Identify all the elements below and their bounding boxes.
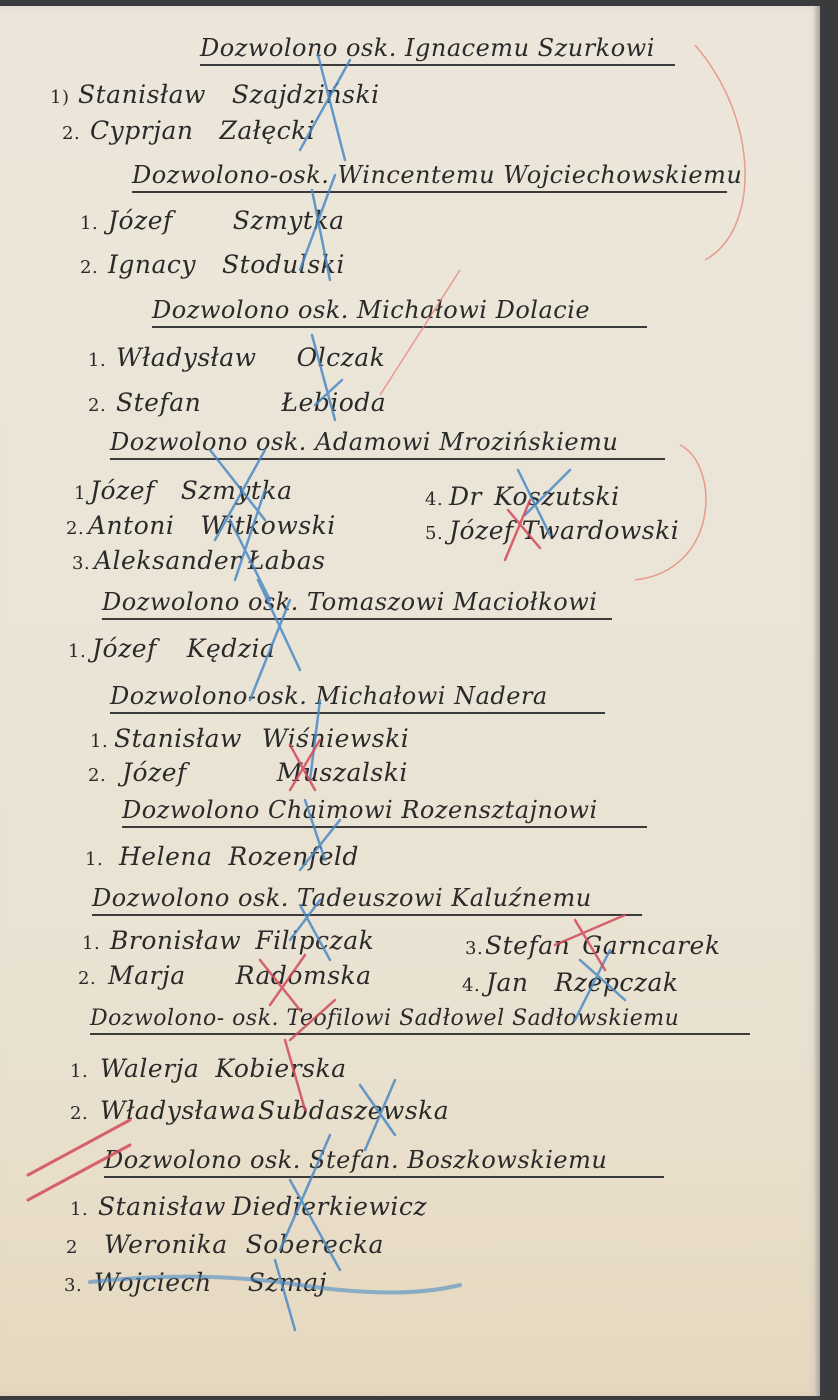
first-name: Stanisław [114, 724, 242, 753]
first-name: Władysław [116, 343, 257, 372]
section-heading: Dozwolono-osk. Michałowi Nadera [110, 682, 605, 714]
entry-number: 2. [88, 765, 122, 786]
first-name: Stanisław [98, 1192, 226, 1221]
first-name: Stefan [116, 388, 201, 417]
first-name: Ignacy [108, 250, 196, 279]
list-item: 1.JózefKędzia [68, 634, 275, 663]
entry-number: 1) [50, 87, 78, 108]
first-name: Stanisław [78, 80, 206, 109]
first-name: Józef [122, 758, 187, 787]
list-item: 1.WalerjaKobierska [70, 1054, 347, 1083]
list-item: 3.StefanGarncarek [465, 931, 720, 960]
first-name: Aleksander [94, 546, 242, 575]
list-item: 1.JózefSzmytka [80, 206, 345, 235]
list-item: 1.StanisławDiedierkiewicz [70, 1192, 427, 1221]
entry-number: 5. [425, 523, 449, 544]
list-item: 2.IgnacyStodulski [80, 250, 345, 279]
list-item: 2.MarjaRadomska [78, 961, 372, 990]
entry-number: 2. [70, 1103, 100, 1124]
last-name: Garncarek [582, 931, 720, 960]
last-name: Łabas [248, 546, 326, 575]
list-item: 5.JózefTwardowski [425, 516, 679, 545]
entry-number: 3. [64, 1275, 94, 1296]
last-name: Rozenfeld [228, 842, 359, 871]
first-name: Walerja [100, 1054, 199, 1083]
entry-number: 1. [80, 213, 108, 234]
entry-number: 2. [66, 518, 88, 539]
last-name: Kędzia [187, 634, 276, 663]
last-name: Łebioda [281, 388, 386, 417]
first-name: Cyprjan [90, 116, 193, 145]
entry-number: 2. [80, 257, 108, 278]
first-name: Helena [119, 842, 212, 871]
first-name: Stefan [485, 931, 570, 960]
first-name: Jan [486, 968, 529, 997]
list-item: 1JózefSzmytka [74, 476, 293, 505]
entry-number: 4. [462, 975, 486, 996]
entry-number: 1. [90, 731, 114, 752]
first-name: Józef [108, 206, 173, 235]
section-heading: Dozwolono osk. Tadeuszowi Kaluźnemu [92, 884, 642, 916]
last-name: Wiśniewski [262, 724, 409, 753]
entry-number: 1. [85, 849, 119, 870]
first-name: Józef [449, 516, 514, 545]
entry-number: 2. [78, 968, 108, 989]
list-item: 3.AleksanderŁabas [72, 546, 325, 575]
entry-number: 2. [88, 395, 116, 416]
last-name: Rzepczak [555, 968, 679, 997]
last-name: Filipczak [255, 926, 374, 955]
section-heading: Dozwolono osk. Stefan. Boszkowskiemu [104, 1146, 664, 1178]
list-item: 2.WładysławaSubdaszewska [70, 1096, 449, 1125]
entry-number: 1. [70, 1061, 100, 1082]
list-item: 3.WojciechSzmaj [64, 1268, 327, 1297]
last-name: Twardowski [522, 516, 679, 545]
last-name: Radomska [236, 961, 372, 990]
last-name: Szmytka [181, 476, 293, 505]
entry-number: 3. [72, 553, 94, 574]
first-name: Bronisław [110, 926, 241, 955]
list-item: 2.StefanŁebioda [88, 388, 386, 417]
list-item: 1.WładysławOlczak [88, 343, 385, 372]
list-item: 4.DrKoszutski [425, 482, 620, 511]
list-item: 1.HelenaRozenfeld [85, 842, 359, 871]
section-heading: Dozwolono osk. Ignacemu Szurkowi [200, 34, 675, 66]
first-name: Wojciech [94, 1268, 212, 1297]
first-name: Józef [90, 476, 155, 505]
last-name: Szmytka [233, 206, 345, 235]
document-page: Dozwolono osk. Ignacemu Szurkowi 1)Stani… [0, 6, 820, 1396]
list-item: 1.BronisławFilipczak [82, 926, 374, 955]
last-name: Muszalski [277, 758, 408, 787]
entry-number: 1 [74, 483, 90, 504]
list-item: 4.JanRzepczak [462, 968, 679, 997]
section-heading: Dozwolono osk. Tomaszowi Maciołkowi [102, 588, 612, 620]
entry-number: 4. [425, 489, 449, 510]
first-name: Marja [108, 961, 186, 990]
page-edge [814, 6, 820, 1396]
first-name: Władysława [100, 1096, 256, 1125]
entry-number: 1. [82, 933, 110, 954]
first-name: Dr [449, 482, 482, 511]
last-name: Diedierkiewicz [232, 1192, 427, 1221]
list-item: 2.CyprjanZałęcki [62, 116, 315, 145]
entry-number: 3. [465, 938, 485, 959]
last-name: Subdaszewska [258, 1096, 449, 1125]
last-name: Szajdziński [232, 80, 380, 109]
list-item: 1)StanisławSzajdziński [50, 80, 380, 109]
list-item: 2WeronikaSoberecka [66, 1230, 384, 1259]
first-name: Weronika [104, 1230, 228, 1259]
entry-number: 2. [62, 123, 90, 144]
section-heading: Dozwolono osk. Adamowi Mrozińskiemu [110, 428, 665, 460]
first-name: Antoni [88, 511, 174, 540]
section-heading: Dozwolono Chaimowi Rozensztajnowi [122, 796, 647, 828]
last-name: Witkowski [200, 511, 335, 540]
last-name: Załęcki [219, 116, 315, 145]
last-name: Soberecka [246, 1230, 384, 1259]
last-name: Szmaj [248, 1268, 327, 1297]
list-item: 2.JózefMuszalski [88, 758, 408, 787]
last-name: Olczak [297, 343, 386, 372]
entry-number: 1. [88, 350, 116, 371]
last-name: Stodulski [222, 250, 345, 279]
entry-number: 1. [70, 1199, 98, 1220]
list-item: 1.StanisławWiśniewski [90, 724, 409, 753]
section-heading: Dozwolono-osk. Wincentemu Wojciechowskie… [132, 161, 727, 193]
last-name: Koszutski [494, 482, 620, 511]
first-name: Józef [92, 634, 157, 663]
list-item: 2.AntoniWitkowski [66, 511, 336, 540]
section-heading: Dozwolono- osk. Teofilowi Sadłowel Sadło… [90, 1006, 750, 1035]
last-name: Kobierska [215, 1054, 346, 1083]
entry-number: 2 [66, 1237, 104, 1258]
entry-number: 1. [68, 641, 92, 662]
section-heading: Dozwolono osk. Michałowi Dolacie [152, 296, 647, 328]
